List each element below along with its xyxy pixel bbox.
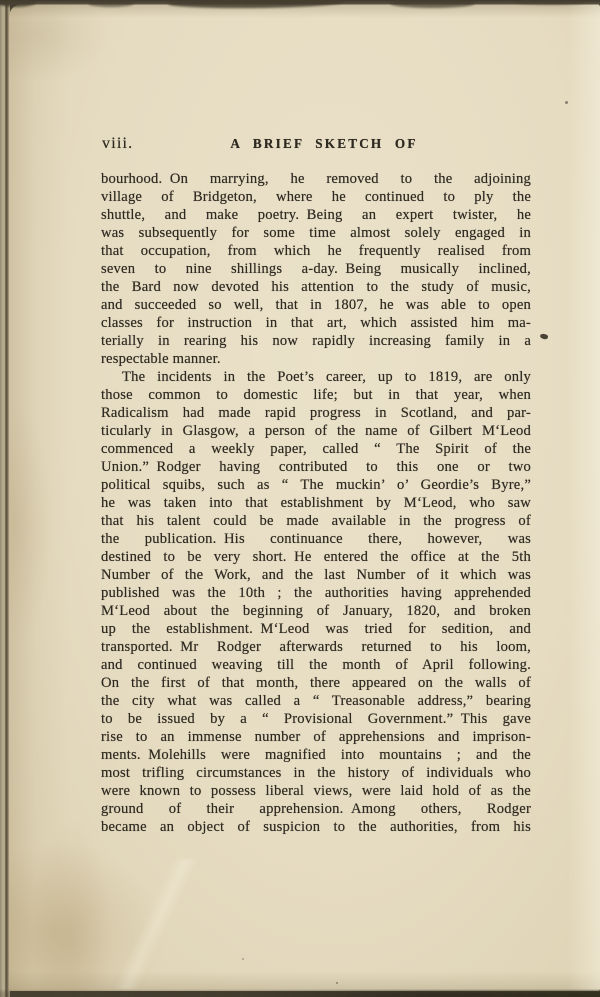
text-line: destined to be very short. He entered th…: [101, 548, 531, 566]
ink-speck: [242, 958, 244, 960]
text-line: commenced a weekly paper, called “ The S…: [101, 440, 531, 458]
text-line: the city what was called a “ Treasonable…: [101, 692, 531, 710]
text-line: shuttle, and make poetry. Being an exper…: [101, 206, 531, 224]
scanned-book-page: viii. A BRIEF SKETCH OF bourhood. On mar…: [0, 0, 600, 997]
text-line: ticularly in Glasgow, a person of the na…: [101, 422, 531, 440]
text-line: and succeeded so well, that in 1807, he …: [101, 296, 531, 314]
ink-speck: [565, 101, 568, 104]
text-line: ments. Molehills were magnified into mou…: [101, 746, 531, 764]
text-line: he was taken into that establishment by …: [101, 494, 531, 512]
text-line: terially in rearing his now rapidly incr…: [101, 332, 531, 350]
body-text: bourhood. On marrying, he removed to the…: [101, 170, 531, 836]
text-line: political squibs, such as “ The muckin’ …: [101, 476, 531, 494]
text-line: became an object of suspicion to the aut…: [101, 818, 531, 836]
text-line: to be issued by a “ Provisional Governme…: [101, 710, 531, 728]
text-line: published was the 10th ; the authorities…: [101, 584, 531, 602]
running-title: A BRIEF SKETCH OF: [101, 136, 531, 152]
text-line: transported. Mr Rodger afterwards return…: [101, 638, 531, 656]
text-line: respectable manner.: [101, 350, 531, 368]
printed-content: viii. A BRIEF SKETCH OF bourhood. On mar…: [101, 134, 531, 836]
text-line: village of Bridgeton, where he continued…: [101, 188, 531, 206]
text-line: ground of their apprehension. Among othe…: [101, 800, 531, 818]
text-line: up the establishment. M‘Leod was tried f…: [101, 620, 531, 638]
ink-speck: [336, 982, 338, 984]
text-line: and continued weaving till the month of …: [101, 656, 531, 674]
text-line: those common to domestic life; but in th…: [101, 386, 531, 404]
text-line: were known to possess liberal views, wer…: [101, 782, 531, 800]
paper-crease: [21, 859, 291, 989]
text-line: that occupation, from which he frequentl…: [101, 242, 531, 260]
text-line: was subsequently for some time almost so…: [101, 224, 531, 242]
scan-bottom-edge: [0, 989, 600, 997]
text-line: classes for instruction in that art, whi…: [101, 314, 531, 332]
text-line: The incidents in the Poet’s career, up t…: [101, 368, 531, 386]
scan-edge-blot: [88, 0, 134, 7]
text-line: the publication. His continuance there, …: [101, 530, 531, 548]
text-line: bourhood. On marrying, he removed to the…: [101, 170, 531, 188]
scan-edge-blot: [515, 0, 585, 5]
text-line: On the first of that month, there appear…: [101, 674, 531, 692]
text-line: M‘Leod about the beginning of January, 1…: [101, 602, 531, 620]
text-line: Radicalism had made rapid progress in Sc…: [101, 404, 531, 422]
text-line: that his talent could be made available …: [101, 512, 531, 530]
text-line: rise to an immense number of apprehensio…: [101, 728, 531, 746]
page-header: viii. A BRIEF SKETCH OF: [101, 134, 531, 154]
text-line: the Bard now devoted his attention to th…: [101, 278, 531, 296]
text-line: Union.” Rodger having contributed to thi…: [101, 458, 531, 476]
text-line: most trifling circumstances in the histo…: [101, 764, 531, 782]
text-line: seven to nine shillings a-day. Being mus…: [101, 260, 531, 278]
scan-top-edge: [0, 0, 600, 5]
paper-page: viii. A BRIEF SKETCH OF bourhood. On mar…: [9, 4, 600, 991]
text-line: Number of the Work, and the last Number …: [101, 566, 531, 584]
